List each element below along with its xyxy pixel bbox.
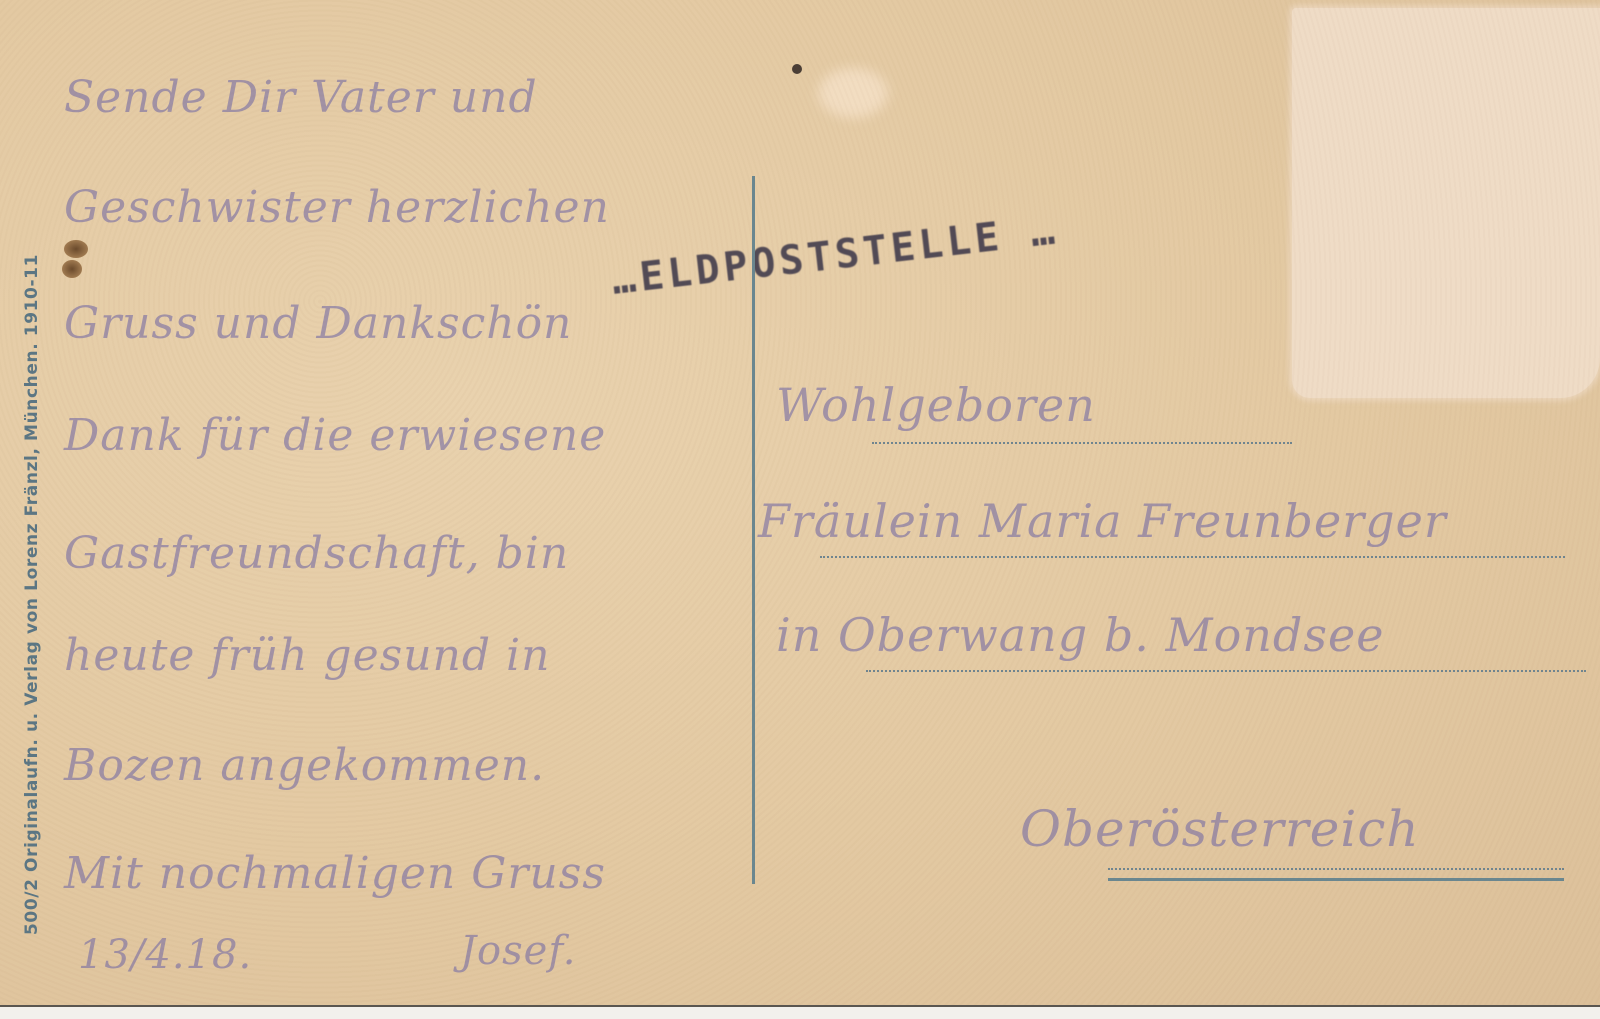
message-line: Sende Dir Vater und: [64, 72, 538, 123]
address-rule-solid: [1108, 878, 1564, 881]
publisher-imprint: 500/2 Originalaufn. u. Verlag von Lorenz…: [22, 254, 42, 935]
address-line: Wohlgeboren: [776, 378, 1096, 432]
stain-spot: [64, 240, 88, 258]
postmark-cancel: …ELDPOSTSTELLE …: [609, 207, 1061, 304]
stain-spot: [792, 64, 802, 74]
stamp-removed-area: [1292, 8, 1600, 398]
message-line: Dank für die erwiesene: [64, 410, 606, 461]
scan-bottom-edge: [0, 1005, 1600, 1019]
message-line: Gruss und Dankschön: [64, 298, 572, 349]
address-rule: [866, 670, 1586, 672]
message-signature: Josef.: [460, 928, 576, 974]
postcard-back: 500/2 Originalaufn. u. Verlag von Lorenz…: [0, 0, 1600, 1005]
message-line: Bozen angekommen.: [64, 740, 545, 791]
address-line: in Oberwang b. Mondsee: [776, 608, 1384, 662]
message-date: 13/4.18.: [78, 932, 252, 978]
paper-scuff: [818, 68, 888, 118]
address-rule: [1108, 868, 1564, 870]
center-divider: [752, 176, 755, 884]
stain-spot: [62, 260, 82, 278]
address-rule: [820, 556, 1565, 558]
message-line: Gastfreundschaft, bin: [64, 528, 569, 579]
message-line: Geschwister herzlichen: [64, 182, 610, 233]
address-line: Oberösterreich: [1020, 800, 1420, 858]
message-line: Mit nochmaligen Gruss: [64, 848, 606, 899]
address-line: Fräulein Maria Freunberger: [758, 494, 1447, 548]
message-line: heute früh gesund in: [64, 630, 550, 681]
address-rule: [872, 442, 1292, 444]
